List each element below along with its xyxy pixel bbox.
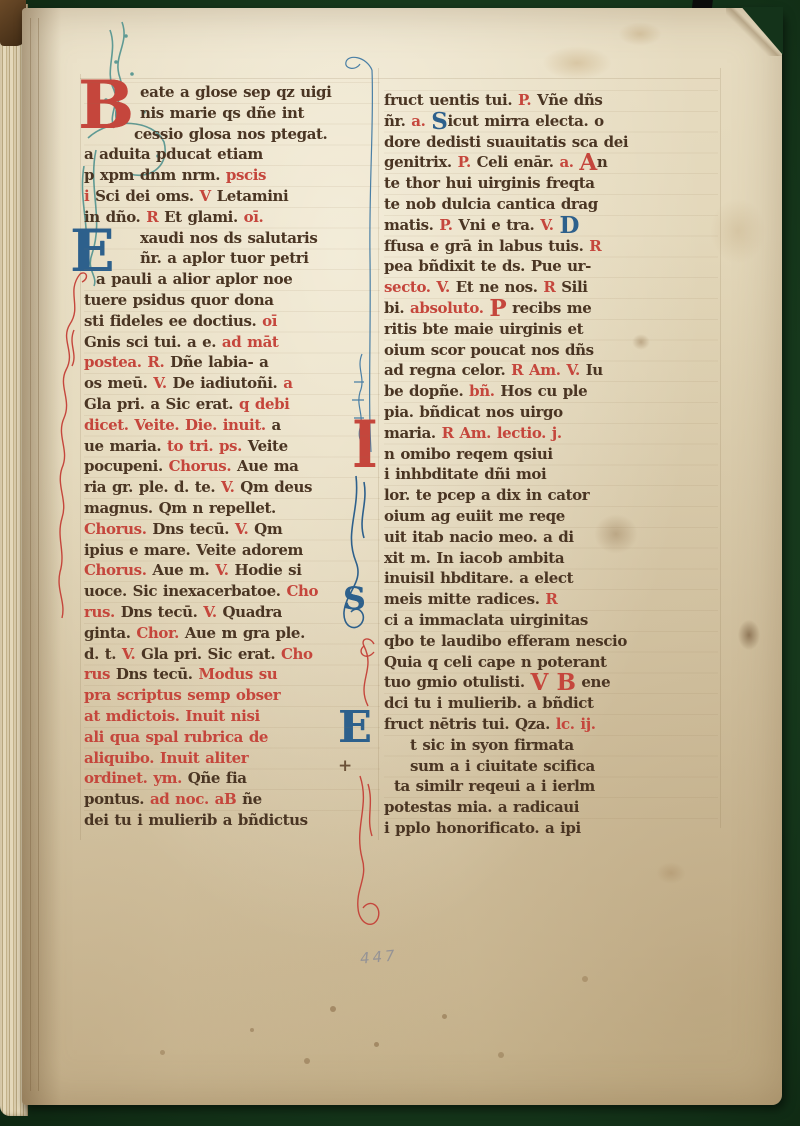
- rubric-text: V.: [203, 603, 222, 621]
- body-text: Qm: [254, 520, 282, 538]
- rubric-text: ordinet. ym.: [84, 769, 188, 787]
- body-text: Gnis sci tui. a e.: [84, 333, 222, 351]
- rubric-text: a.: [559, 153, 579, 171]
- parchment-stain: [542, 46, 612, 80]
- body-text: meis mitte radices.: [384, 590, 545, 608]
- rubric-text: at mdictois. Inuit nisi: [84, 707, 260, 725]
- ruling-line: [80, 78, 720, 79]
- body-text: Qñe fia: [188, 769, 247, 787]
- body-text: d. t.: [84, 645, 122, 663]
- body-text: pocupeni.: [84, 457, 169, 475]
- manuscript-line: eate a glose sep qz uigi: [84, 82, 380, 103]
- body-text: ñe: [242, 790, 262, 808]
- body-text: fruct nētris tui. Qza.: [384, 715, 556, 733]
- manuscript-line: pocupeni. Chorus. Aue ma: [84, 456, 380, 477]
- rubric-text: postea. R.: [84, 353, 170, 371]
- manuscript-line: ad regna celor. R Am. V. Iu: [384, 360, 718, 381]
- manuscript-line: qbo te laudibo efferam nescio: [384, 631, 718, 652]
- rubric-text: Chorus.: [84, 561, 152, 579]
- manuscript-line: d. t. V. Gla pri. Sic erat. Cho: [84, 644, 380, 665]
- text-column-left: eate a glose sep qz uiginis marie qs dñe…: [84, 82, 380, 831]
- rubric-text: a: [283, 374, 292, 392]
- manuscript-line: oium ag euiit me reqe: [384, 506, 718, 527]
- body-text: Quadra: [223, 603, 282, 621]
- manuscript-line: in dño. R Et glami. oī.: [84, 207, 380, 228]
- body-text: ritis bte maie uirginis et: [384, 320, 583, 338]
- photograph-backdrop: { "palette":{ "backdrop":"#173a1d", "par…: [0, 0, 800, 1126]
- body-text: Aue ma: [237, 457, 299, 475]
- rubric-text: bñ.: [469, 382, 500, 400]
- manuscript-line: dei tu i mulierib a bñdictus: [84, 810, 380, 831]
- manuscript-line: pia. bñdicat nos uirgo: [384, 402, 718, 423]
- body-text: recibs me: [506, 299, 591, 317]
- manuscript-line: inuisil hbditare. a elect: [384, 568, 718, 589]
- body-text: Hodie si: [234, 561, 301, 579]
- rubric-text: lc. ij.: [556, 715, 596, 733]
- body-text: Letamini: [217, 187, 289, 205]
- manuscript-line: te nob dulcia cantica drag: [384, 194, 718, 215]
- manuscript-line: ci a immaclata uirginitas: [384, 610, 718, 631]
- body-text: oium ag euiit me reqe: [384, 507, 565, 525]
- manuscript-line: nis marie qs dñe int: [84, 103, 380, 124]
- rubric-text: absoluto.: [410, 299, 489, 317]
- rubric-text: secto. V.: [384, 278, 456, 296]
- ruling-line: [720, 68, 721, 828]
- rubric-text: Chor.: [136, 624, 184, 642]
- body-text: dei tu i mulierib a bñdictus: [84, 811, 308, 829]
- manuscript-line: maria. R Am. lectio. j.: [384, 423, 718, 444]
- body-text: ria gr. ple. d. te.: [84, 478, 221, 496]
- rubric-text: P: [489, 295, 506, 322]
- body-text: Dns tecū.: [121, 603, 204, 621]
- rubric-text: R: [543, 278, 561, 296]
- body-text: nis marie qs dñe int: [140, 104, 304, 122]
- manuscript-line: Gla pri. a Sic erat. q debi: [84, 394, 380, 415]
- parchment-stain: [710, 198, 766, 264]
- body-text: fruct uentis tui.: [384, 91, 518, 109]
- manuscript-line: ginta. Chor. Aue m gra ple.: [84, 623, 380, 644]
- body-text: i inhbditate dñi moi: [384, 465, 546, 483]
- body-text: Iu: [586, 361, 603, 379]
- body-text: oium scor poucat nos dñs: [384, 341, 594, 359]
- body-text: pontus.: [84, 790, 150, 808]
- manuscript-line: xit m. In iacob ambita: [384, 548, 718, 569]
- body-text: Aue m.: [152, 561, 215, 579]
- body-text: pea bñdixit te ds. Pue ur-: [384, 257, 591, 275]
- manuscript-line: genitrix. P. Celi enār. a. An: [384, 152, 718, 173]
- body-text: i pplo honorificato. a ipi: [384, 819, 581, 837]
- rubric-text: V: [200, 187, 217, 205]
- body-text: matis.: [384, 216, 439, 234]
- rubric-text: R: [545, 590, 557, 608]
- parchment-speck: [498, 1052, 504, 1058]
- body-text: os meū.: [84, 374, 153, 392]
- body-text: Quia q celi cape n poterant: [384, 653, 606, 671]
- manuscript-line: i Sci dei oms. V Letamini: [84, 186, 380, 207]
- body-text: Sci dei oms.: [95, 187, 199, 205]
- body-text: S: [431, 108, 447, 135]
- manuscript-line: fruct nētris tui. Qza. lc. ij.: [384, 714, 718, 735]
- manuscript-line: dci tu i mulierib. a bñdict: [384, 693, 718, 714]
- body-text: qbo te laudibo efferam nescio: [384, 632, 627, 650]
- rubric-text: Chorus.: [84, 520, 152, 538]
- parchment-stain: [594, 514, 638, 554]
- body-text: xit m. In iacob ambita: [384, 549, 564, 567]
- manuscript-line: Gnis sci tui. a e. ad māt: [84, 332, 380, 353]
- page-crease: [38, 18, 39, 1091]
- parchment-speck: [160, 1050, 165, 1055]
- manuscript-line: ritis bte maie uirginis et: [384, 319, 718, 340]
- body-text: n omibo reqem qsiui: [384, 445, 553, 463]
- body-text: in dño.: [84, 208, 146, 226]
- parchment-speck: [250, 1028, 254, 1032]
- rubric-text: aliquibo. Inuit aliter: [84, 749, 248, 767]
- body-text: sti fideles ee doctius.: [84, 312, 262, 330]
- manuscript-page: B E I S E eate a glose sep qz uiginis ma…: [22, 8, 782, 1105]
- parchment-speck: [374, 1042, 379, 1047]
- body-text: Vni e tra.: [458, 216, 540, 234]
- manuscript-line: ue maria. to tri. ps. Veite: [84, 436, 380, 457]
- folio-number: 447: [359, 946, 398, 967]
- manuscript-line: ria gr. ple. d. te. V. Qm deus: [84, 477, 380, 498]
- rubric-text: pra scriptus semp obser: [84, 686, 280, 704]
- manuscript-line: uoce. Sic inexacerbatoe. Cho: [84, 581, 380, 602]
- body-text: Celi enār.: [477, 153, 560, 171]
- rubric-text: V.: [221, 478, 240, 496]
- manuscript-line: at mdictois. Inuit nisi: [84, 706, 380, 727]
- body-text: t sic in syon firmata: [410, 736, 574, 754]
- manuscript-line: ordinet. ym. Qñe fia: [84, 768, 380, 789]
- body-text: genitrix.: [384, 153, 458, 171]
- manuscript-line: pea bñdixit te ds. Pue ur-: [384, 256, 718, 277]
- page-crease: [30, 18, 31, 1091]
- rubric-text: ad māt: [222, 333, 279, 351]
- rubric-text: R: [146, 208, 164, 226]
- ruling-line: [80, 74, 81, 840]
- body-text: cessio glosa nos ptegat.: [134, 125, 327, 143]
- rubric-text: lectio. j.: [497, 424, 562, 442]
- rubric-text: Cho: [286, 582, 318, 600]
- manuscript-line: ta similr reqeui a i ierlm: [384, 776, 718, 797]
- body-text: sum a i ciuitate scifica: [410, 757, 595, 775]
- body-text: ene: [576, 673, 611, 691]
- manuscript-line: p xpm dnm nrm. pscis: [84, 165, 380, 186]
- manuscript-line: aliquibo. Inuit aliter: [84, 748, 380, 769]
- manuscript-line: oium scor poucat nos dñs: [384, 340, 718, 361]
- body-text: ginta.: [84, 624, 136, 642]
- manuscript-line: pra scriptus semp obser: [84, 685, 380, 706]
- body-text: Gla pri. Sic erat.: [141, 645, 281, 663]
- parchment-stain: [738, 620, 760, 650]
- manuscript-line: dore dedisti suauitatis sca dei: [384, 132, 718, 153]
- manuscript-line: te thor hui uirginis freqta: [384, 173, 718, 194]
- parchment-speck: [304, 1058, 310, 1064]
- body-text: Hos cu ple: [500, 382, 587, 400]
- manuscript-line: ipius e mare. Veite adorem: [84, 540, 380, 561]
- body-text: ue maria.: [84, 437, 167, 455]
- body-text: potestas mia. a radicaui: [384, 798, 579, 816]
- body-text: magnus. Qm n repellet.: [84, 499, 276, 517]
- body-text: Dns tecū.: [116, 665, 199, 683]
- parchment-speck: [330, 1006, 336, 1012]
- body-text: tuo gmio otulisti.: [384, 673, 531, 691]
- manuscript-line: bi. absoluto. P recibs me: [384, 298, 718, 319]
- rubric-text: V.: [215, 561, 234, 579]
- body-text: Et ne nos.: [456, 278, 544, 296]
- body-text: ñr. a aplor tuor petri: [140, 249, 309, 267]
- rubric-text: P.: [518, 91, 537, 109]
- body-text: D: [559, 212, 579, 239]
- rubric-text: pscis: [226, 166, 266, 184]
- rubric-text: R Am. V.: [511, 361, 586, 379]
- manuscript-line: secto. V. Et ne nos. R Sili: [384, 277, 718, 298]
- rubric-text: R Am.: [442, 424, 497, 442]
- rubric-text: oī.: [244, 208, 264, 226]
- body-text: Aue m gra ple.: [185, 624, 305, 642]
- body-text: a pauli a alior aplor noe: [96, 270, 292, 288]
- manuscript-line: magnus. Qm n repellet.: [84, 498, 380, 519]
- body-text: bi.: [384, 299, 410, 317]
- manuscript-line: ali qua spal rubrica de: [84, 727, 380, 748]
- manuscript-line: lor. te pcep a dix in cator: [384, 485, 718, 506]
- body-text: maria.: [384, 424, 442, 442]
- text-column-right: fruct uentis tui. P. Vñe dñsñr. a. Sicut…: [384, 90, 718, 839]
- body-text: dci tu i mulierib. a bñdict: [384, 694, 594, 712]
- body-text: ci a immaclata uirginitas: [384, 611, 588, 629]
- body-text: eate a glose sep qz uigi: [140, 83, 331, 101]
- parchment-speck: [442, 1014, 447, 1019]
- parchment-stain: [656, 862, 686, 884]
- manuscript-line: meis mitte radices. R: [384, 589, 718, 610]
- manuscript-line: tuo gmio otulisti. V B ene: [384, 672, 718, 693]
- manuscript-line: xaudi nos ds salutaris: [84, 228, 380, 249]
- body-text: Vñe dñs: [537, 91, 602, 109]
- page-corner-shade: [726, 8, 782, 56]
- body-text: n: [597, 153, 608, 171]
- body-text: pia. bñdicat nos uirgo: [384, 403, 563, 421]
- rubric-text: V.: [540, 216, 559, 234]
- rubric-text: Chorus.: [169, 457, 237, 475]
- body-text: icut mirra electa. o: [447, 112, 603, 130]
- body-text: te nob dulcia cantica drag: [384, 195, 598, 213]
- manuscript-line: ñr. a. Sicut mirra electa. o: [384, 111, 718, 132]
- body-text: a: [272, 416, 281, 434]
- body-text: uoce. Sic inexacerbatoe.: [84, 582, 286, 600]
- manuscript-line: ffusa e grā in labus tuis. R: [384, 236, 718, 257]
- manuscript-line: Chorus. Aue m. V. Hodie si: [84, 560, 380, 581]
- manuscript-line: postea. R. Dñe labia- a: [84, 352, 380, 373]
- body-text: ipius e mare. Veite adorem: [84, 541, 303, 559]
- manuscript-line: sum a i ciuitate scifica: [384, 756, 718, 777]
- manuscript-line: i pplo honorificato. a ipi: [384, 818, 718, 839]
- manuscript-line: potestas mia. a radicaui: [384, 797, 718, 818]
- marginal-cross: +: [338, 756, 352, 776]
- body-text: Dns tecū.: [152, 520, 235, 538]
- body-text: Sili: [561, 278, 587, 296]
- manuscript-line: pontus. ad noc. aB ñe: [84, 789, 380, 810]
- rubric-text: R: [589, 237, 601, 255]
- manuscript-line: Chorus. Dns tecū. V. Qm: [84, 519, 380, 540]
- manuscript-line: be dopñe. bñ. Hos cu ple: [384, 381, 718, 402]
- body-text: Et glami.: [164, 208, 244, 226]
- body-text: te thor hui uirginis freqta: [384, 174, 595, 192]
- body-text: inuisil hbditare. a elect: [384, 569, 573, 587]
- manuscript-line: rus Dns tecū. Modus su: [84, 664, 380, 685]
- body-text: tuere psidus quor dona: [84, 291, 274, 309]
- body-text: a aduita pducat etiam: [84, 145, 263, 163]
- body-text: Qm deus: [240, 478, 312, 496]
- rubric-text: a.: [411, 112, 431, 130]
- body-text: be dopñe.: [384, 382, 469, 400]
- rubric-text: rus: [84, 665, 116, 683]
- rubric-text: V.: [235, 520, 254, 538]
- manuscript-line: t sic in syon firmata: [384, 735, 718, 756]
- rubric-text: V.: [122, 645, 141, 663]
- body-text: p xpm dnm nrm.: [84, 166, 226, 184]
- rubric-text: P.: [439, 216, 458, 234]
- rubric-text: oī: [262, 312, 277, 330]
- manuscript-line: dicet. Veite. Die. inuit. a: [84, 415, 380, 436]
- rubric-text: q debi: [239, 395, 290, 413]
- body-text: ffusa e grā in labus tuis.: [384, 237, 589, 255]
- manuscript-line: i inhbditate dñi moi: [384, 464, 718, 485]
- rubric-text: Cho: [281, 645, 313, 663]
- manuscript-line: uit itab nacio meo. a di: [384, 527, 718, 548]
- manuscript-line: ñr. a aplor tuor petri: [84, 248, 380, 269]
- rubric-text: dicet. Veite. Die. inuit.: [84, 416, 272, 434]
- body-text: lor. te pcep a dix in cator: [384, 486, 589, 504]
- body-text: ta similr reqeui a i ierlm: [394, 777, 595, 795]
- manuscript-line: matis. P. Vni e tra. V. D: [384, 215, 718, 236]
- rubric-text: ali qua spal rubrica de: [84, 728, 268, 746]
- body-text: Gla pri. a Sic erat.: [84, 395, 239, 413]
- rubric-text: i: [84, 187, 95, 205]
- manuscript-line: n omibo reqem qsiui: [384, 444, 718, 465]
- body-text: uit itab nacio meo. a di: [384, 528, 574, 546]
- manuscript-line: cessio glosa nos ptegat.: [84, 124, 380, 145]
- manuscript-line: a aduita pducat etiam: [84, 144, 380, 165]
- manuscript-line: a pauli a alior aplor noe: [84, 269, 380, 290]
- rubric-text: ad noc. aB: [150, 790, 242, 808]
- manuscript-line: os meū. V. De iadiutoñi. a: [84, 373, 380, 394]
- parchment-stain: [618, 22, 662, 46]
- rubric-text: rus.: [84, 603, 121, 621]
- body-text: ñr.: [384, 112, 411, 130]
- rubric-text: V.: [153, 374, 172, 392]
- rubric-text: to tri. ps.: [167, 437, 248, 455]
- manuscript-line: rus. Dns tecū. V. Quadra: [84, 602, 380, 623]
- rubric-text: P.: [458, 153, 477, 171]
- body-text: Veite: [248, 437, 288, 455]
- body-text: dore dedisti suauitatis sca dei: [384, 133, 628, 151]
- body-text: xaudi nos ds salutaris: [140, 229, 317, 247]
- parchment-stain: [632, 334, 650, 350]
- manuscript-line: sti fideles ee doctius. oī: [84, 311, 380, 332]
- manuscript-line: tuere psidus quor dona: [84, 290, 380, 311]
- body-text: Dñe labia- a: [170, 353, 268, 371]
- body-text: De iadiutoñi.: [173, 374, 284, 392]
- parchment-speck: [582, 976, 588, 982]
- rubric-text: Modus su: [198, 665, 277, 683]
- body-text: ad regna celor.: [384, 361, 511, 379]
